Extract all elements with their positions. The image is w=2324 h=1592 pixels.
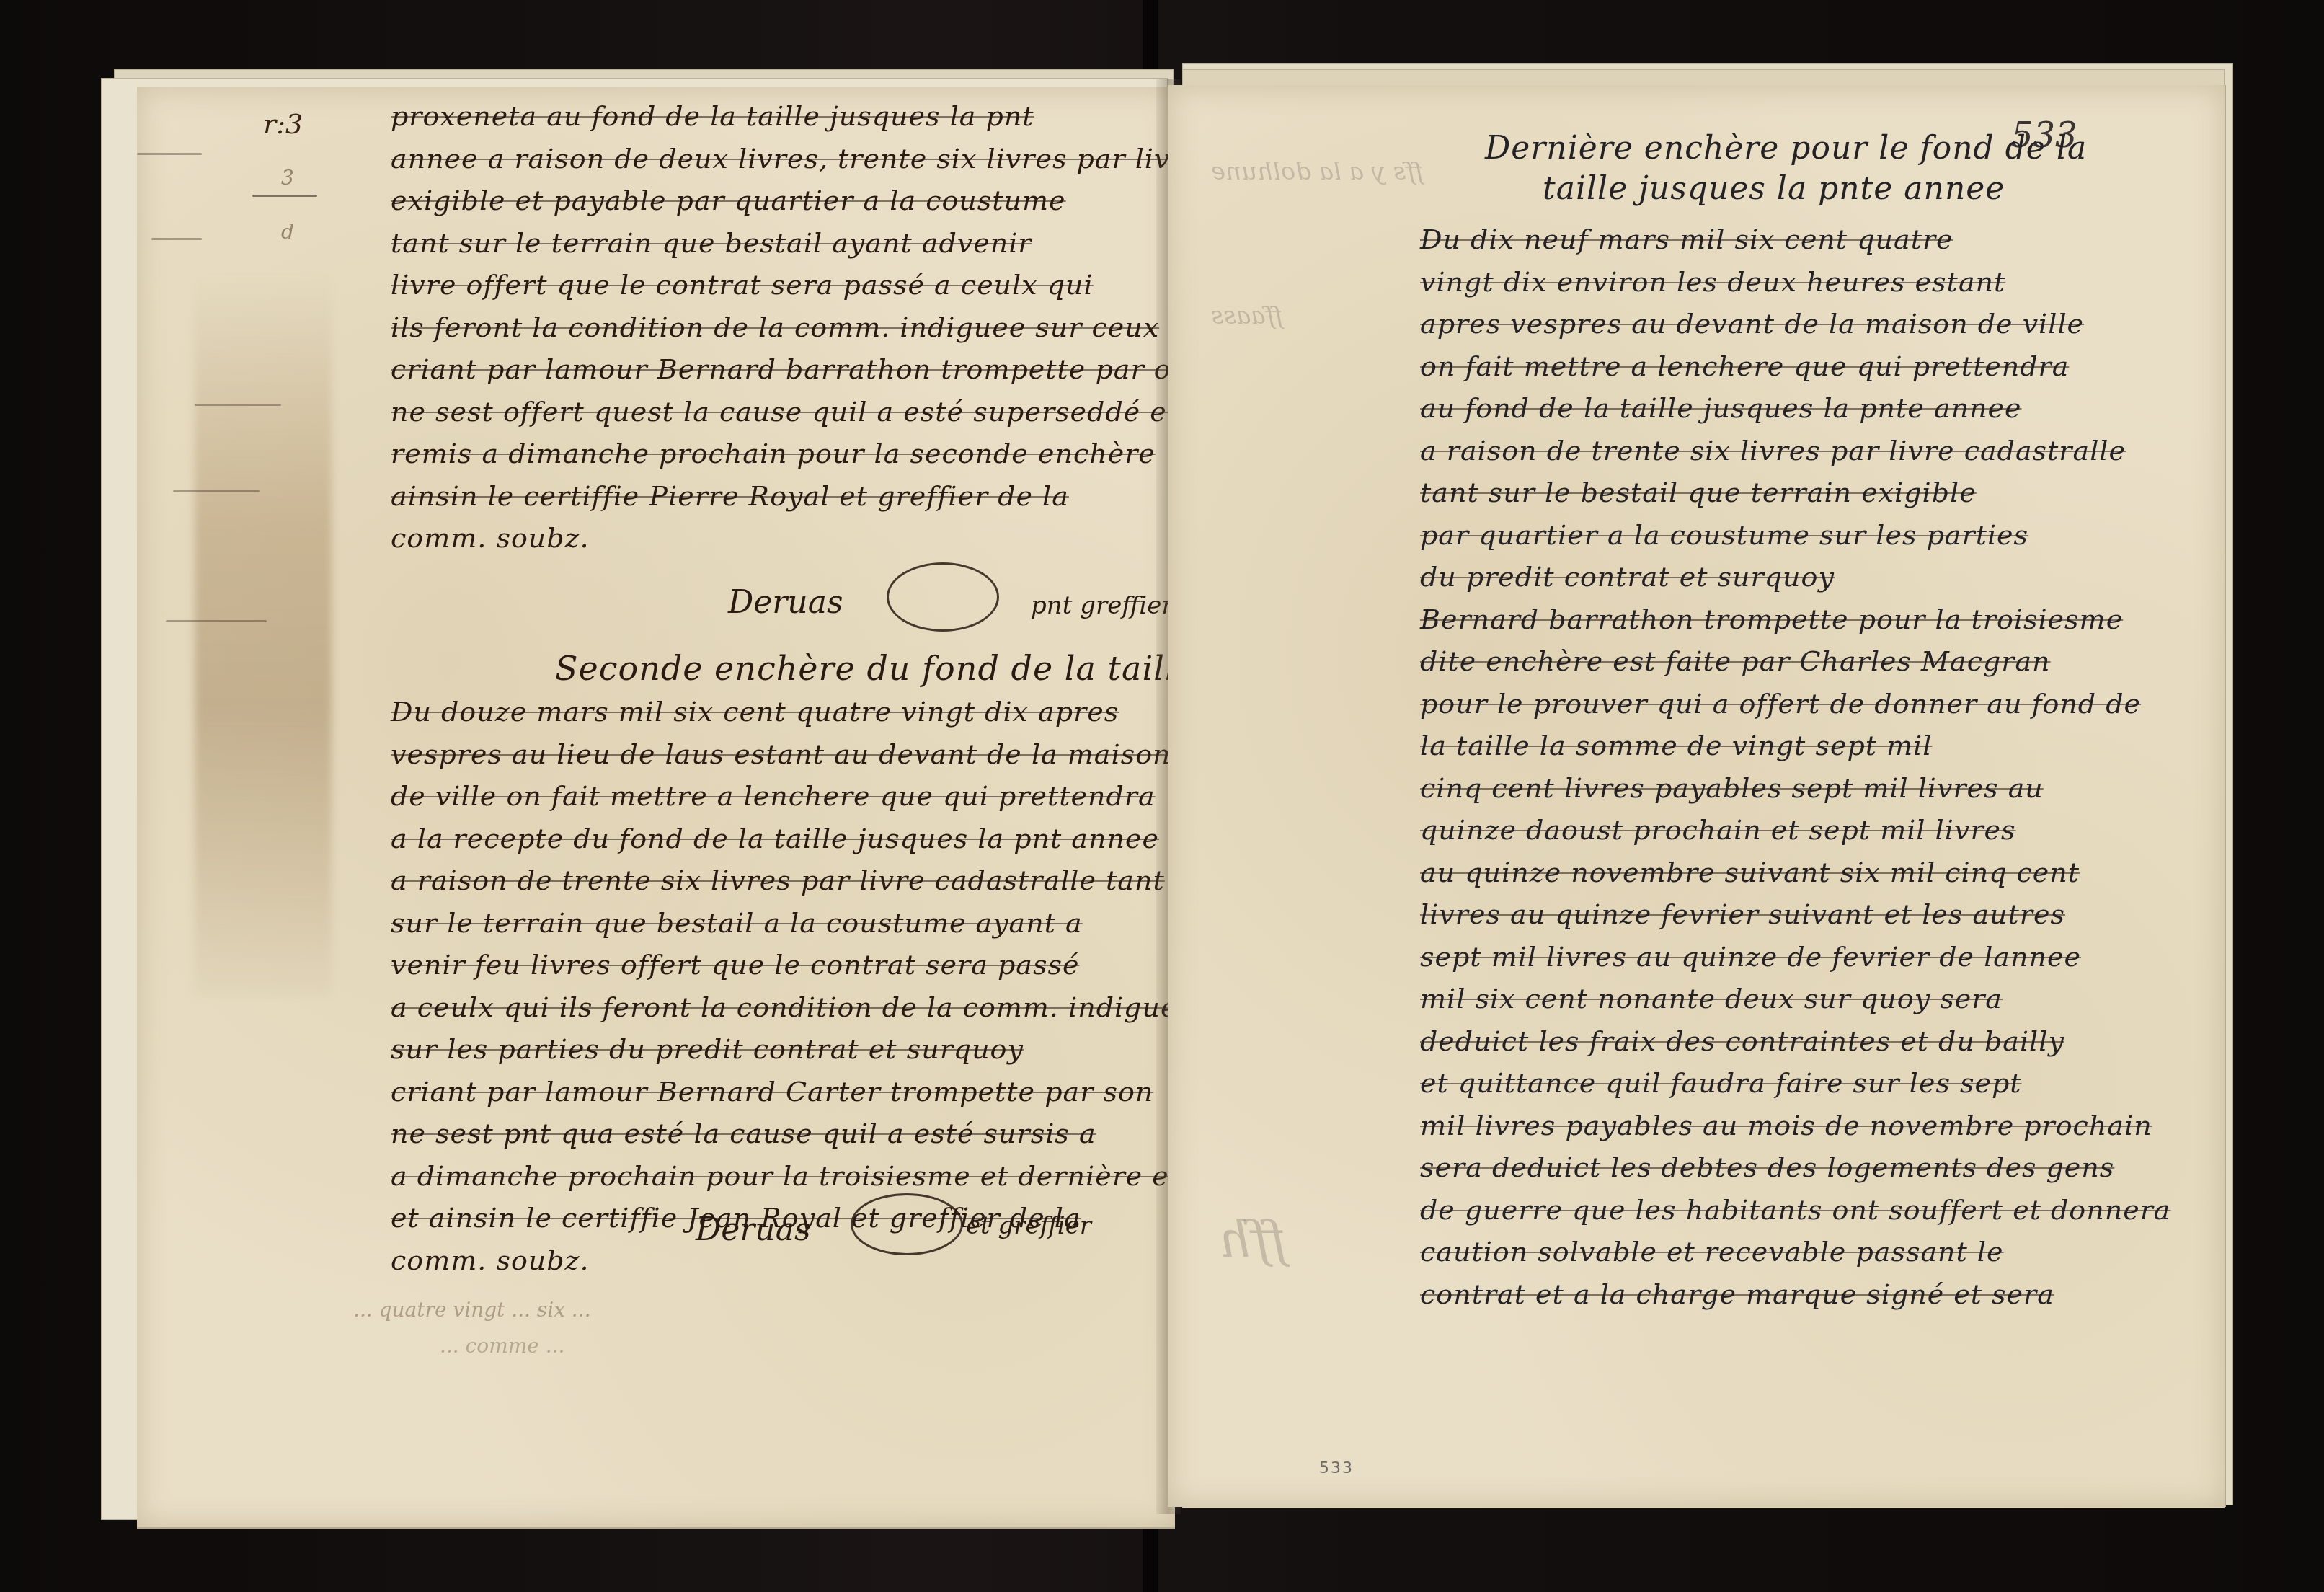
entry-second-auction: Du douze mars mil six cent quatre vingt … xyxy=(391,691,1269,1281)
entry-final-auction: Du dix neuf mars mil six cent quatre vin… xyxy=(1420,218,2171,1315)
text-line: comm. soubz. xyxy=(391,1239,1269,1282)
margin-rule xyxy=(166,620,267,622)
text-line: contrat et a la charge marque signé et s… xyxy=(1420,1273,2171,1316)
margin-note: 3 xyxy=(281,166,294,190)
text-line: au quinze novembre suivant six mil cinq … xyxy=(1420,852,2171,894)
signature-paraph xyxy=(851,1193,963,1255)
signature-deruas: Deruas xyxy=(728,584,843,621)
text-line: a raison de trente six livres par livre … xyxy=(391,859,1269,902)
text-line: on fait mettre a lenchere que qui prette… xyxy=(1420,345,2171,388)
text-line: caution solvable et recevable passant le xyxy=(1420,1231,2171,1273)
text-line: a la recepte du fond de la taille jusque… xyxy=(391,818,1269,860)
text-line: a dimanche prochain pour la troisiesme e… xyxy=(391,1155,1269,1198)
text-line: livres au quinze fevrier suivant et les … xyxy=(1420,893,2171,936)
text-line: et quittance quil faudra faire sur les s… xyxy=(1420,1062,2171,1105)
text-line: mil six cent nonante deux sur quoy sera xyxy=(1420,978,2171,1020)
text-line: mil livres payables au mois de novembre … xyxy=(1420,1105,2171,1147)
text-line: sera deduict les debtes des logements de… xyxy=(1420,1146,2171,1189)
signature-deruas: Deruas xyxy=(696,1211,811,1248)
text-line: criant par lamour Bernard Carter trompet… xyxy=(391,1071,1269,1113)
margin-note: r:3 xyxy=(263,108,303,140)
water-stain xyxy=(195,274,332,995)
text-line: de ville on fait mettre a lenchere que q… xyxy=(391,775,1269,818)
text-line: tant sur le bestail que terrain exigible xyxy=(1420,472,2171,514)
heading-final-auction-line2: taille jusques la pnte annee xyxy=(1543,170,2005,207)
bleed-through-text: ffs y a la dolhune xyxy=(1211,157,1423,186)
faint-bottom-text: ... comme ... xyxy=(440,1334,564,1358)
text-line: du predit contrat et surquoy xyxy=(1420,556,2171,598)
bleed-through-text: ffaass xyxy=(1211,301,1283,330)
text-line: sur les parties du predit contrat et sur… xyxy=(391,1028,1269,1071)
document-scan: r:3 3 d proxeneta au fond de la taille j… xyxy=(0,0,2324,1592)
right-page: ffs y a la dolhune ffaass ffh 533 Derniè… xyxy=(1168,85,2226,1507)
heading-second-auction: Seconde enchère du fond de la taille xyxy=(555,649,1197,688)
text-line: Du dix neuf mars mil six cent quatre xyxy=(1420,218,2171,261)
text-line: sur le terrain que bestail a la coustume… xyxy=(391,902,1269,945)
text-line: venir feu livres offert que le contrat s… xyxy=(391,944,1269,986)
text-line: vingt dix environ les deux heures estant xyxy=(1420,261,2171,304)
text-line: a ceulx qui ils feront la condition de l… xyxy=(391,986,1269,1029)
margin-rule xyxy=(195,404,281,406)
text-line: dite enchère est faite par Charles Macgr… xyxy=(1420,640,2171,683)
text-line: quinze daoust prochain et sept mil livre… xyxy=(1420,809,2171,852)
heading-final-auction: Dernière enchère pour le fond de la xyxy=(1485,130,2087,167)
text-line: vespres au lieu de laus estant au devant… xyxy=(391,733,1269,776)
left-page: r:3 3 d proxeneta au fond de la taille j… xyxy=(137,87,1175,1529)
text-line: deduict les fraix des contraintes et du … xyxy=(1420,1020,2171,1063)
text-line: de guerre que les habitants ont souffert… xyxy=(1420,1189,2171,1231)
signature-clerk: pnt greffier xyxy=(1031,591,1174,620)
text-line: Bernard barrathon trompette pour la troi… xyxy=(1420,598,2171,641)
text-line: la taille la somme de vingt sept mil xyxy=(1420,725,2171,767)
margin-rule xyxy=(151,238,202,240)
folio-number-pencil: 533 xyxy=(1319,1459,1354,1477)
text-line: et ainsin le certiffie Jean Royal et gre… xyxy=(391,1197,1269,1239)
text-line: apres vespres au devant de la maison de … xyxy=(1420,303,2171,345)
text-line: pour le prouver qui a offert de donner a… xyxy=(1420,683,2171,725)
margin-rule xyxy=(137,153,202,155)
margin-rule xyxy=(173,490,260,492)
signature-paraph xyxy=(887,562,999,632)
signature-clerk: et greffier xyxy=(966,1211,1091,1240)
text-line: cinq cent livres payables sept mil livre… xyxy=(1420,767,2171,810)
faint-bottom-text: ... quatre vingt ... six ... xyxy=(353,1298,591,1322)
bleed-through-signature: ffh xyxy=(1218,1210,1287,1269)
margin-rule xyxy=(252,195,317,197)
text-line: par quartier a la coustume sur les parti… xyxy=(1420,514,2171,557)
text-line: sept mil livres au quinze de fevrier de … xyxy=(1420,936,2171,978)
text-line: ne sest pnt qua esté la cause quil a est… xyxy=(391,1113,1269,1155)
margin-note: d xyxy=(281,220,294,244)
text-line: au fond de la taille jusques la pnte ann… xyxy=(1420,387,2171,430)
text-line: a raison de trente six livres par livre … xyxy=(1420,430,2171,472)
text-line: Du douze mars mil six cent quatre vingt … xyxy=(391,691,1269,733)
